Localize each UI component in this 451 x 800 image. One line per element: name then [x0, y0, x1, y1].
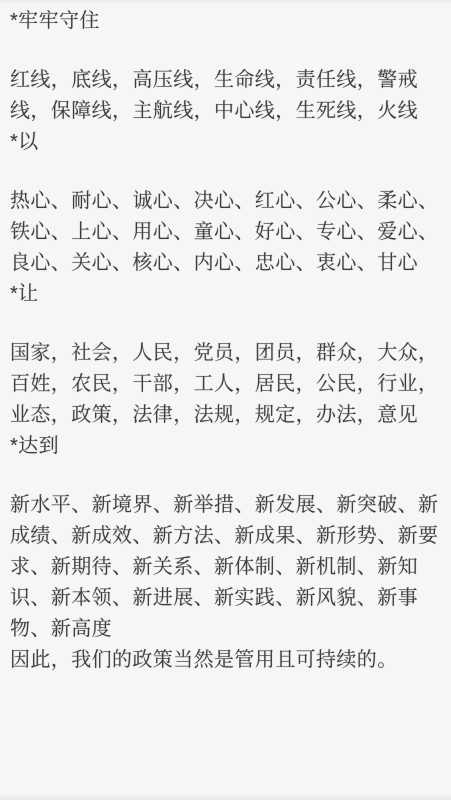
section-paragraph: 新水平、新境界、新举措、新发展、新突破、新 成绩、新成效、新方法、新成果、新形势… — [10, 490, 445, 645]
text-line: 识、新本领、新进展、新实践、新风貌、新事 — [10, 583, 445, 614]
section-heading: *牢牢守住 — [10, 6, 445, 37]
text-line: 红线，底线，高压线，生命线，责任线，警戒 — [10, 65, 445, 96]
section-hold-firmly: *牢牢守住 红线，底线，高压线，生命线，责任线，警戒 线，保障线，主航线，中心线… — [10, 6, 445, 127]
text-screenshot: *牢牢守住 红线，底线，高压线，生命线，责任线，警戒 线，保障线，主航线，中心线… — [0, 0, 451, 800]
section-paragraph: 国家，社会，人民，党员，团员，群众，大众， 百姓，农民，干部，工人，居民，公民，… — [10, 338, 445, 431]
text-line: 铁心、上心、用心、童心、好心、专心、爱心、 — [10, 217, 445, 248]
text-content: *牢牢守住 红线，底线，高压线，生命线，责任线，警戒 线，保障线，主航线，中心线… — [0, 0, 451, 676]
text-line: 百姓，农民，干部，工人，居民，公民，行业， — [10, 369, 445, 400]
text-line: 良心、关心、核心、内心、忠心、衷心、甘心 — [10, 248, 445, 279]
section-heading: *以 — [10, 127, 445, 158]
text-line: 国家，社会，人民，党员，团员，群众，大众， — [10, 338, 445, 369]
text-line: 热心、耐心、诚心、决心、红心、公心、柔心、 — [10, 186, 445, 217]
section-paragraph: 热心、耐心、诚心、决心、红心、公心、柔心、 铁心、上心、用心、童心、好心、专心、… — [10, 186, 445, 279]
section-heading: *让 — [10, 279, 445, 310]
text-line: 物、新高度 — [10, 614, 445, 645]
section-let: *让 国家，社会，人民，党员，团员，群众，大众， 百姓，农民，干部，工人，居民，… — [10, 279, 445, 431]
text-line: 线，保障线，主航线，中心线，生死线，火线 — [10, 96, 445, 127]
text-line: 求、新期待、新关系、新体制、新机制、新知 — [10, 552, 445, 583]
conclusion-text: 因此，我们的政策当然是管用且可持续的。 — [10, 645, 445, 676]
section-achieve: *达到 新水平、新境界、新举措、新发展、新突破、新 成绩、新成效、新方法、新成果… — [10, 431, 445, 645]
section-paragraph: 红线，底线，高压线，生命线，责任线，警戒 线，保障线，主航线，中心线，生死线，火… — [10, 65, 445, 127]
section-with-hearts: *以 热心、耐心、诚心、决心、红心、公心、柔心、 铁心、上心、用心、童心、好心、… — [10, 127, 445, 279]
text-line: 业态，政策，法律，法规，规定，办法，意见 — [10, 400, 445, 431]
conclusion-paragraph: 因此，我们的政策当然是管用且可持续的。 — [10, 645, 445, 676]
text-line: 新水平、新境界、新举措、新发展、新突破、新 — [10, 490, 445, 521]
section-heading: *达到 — [10, 431, 445, 462]
text-line: 成绩、新成效、新方法、新成果、新形势、新要 — [10, 521, 445, 552]
